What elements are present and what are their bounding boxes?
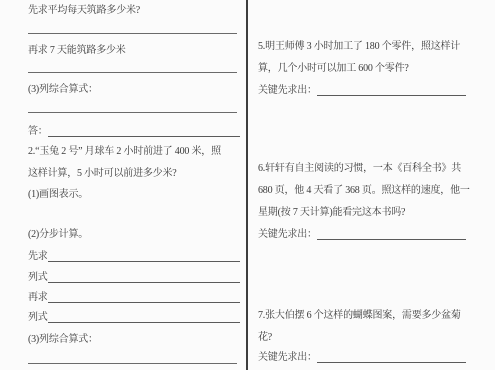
fill-blank xyxy=(48,271,240,283)
answer-rule xyxy=(28,72,237,73)
fill-row-first: 先求 xyxy=(28,250,240,262)
question-6: 6.轩轩有自主阅读的习惯，一本《百科全书》共 680 页，他 4 天看了 368… xyxy=(258,158,473,224)
fill-blank xyxy=(48,291,240,303)
answer-blank-row: 答： xyxy=(28,126,240,137)
question-6-line: 星期(按 7 天计算)能看完这本书吗? xyxy=(258,202,473,224)
question-2-line: 这样计算，5 小时可以前进多少米? xyxy=(28,163,246,185)
fill-row-formula: 列式 xyxy=(28,311,240,323)
fill-label: 再求 xyxy=(28,292,48,303)
key-prompt-label: 关键先求出： xyxy=(258,229,317,240)
question-2-line: 2.“玉兔 2 号” 月球车 2 小时前进了 400 米，照 xyxy=(28,141,246,163)
question-2-part2: (2)分步计算。 xyxy=(28,229,88,241)
question-2-part3: (3)列综合算式： xyxy=(28,334,98,346)
answer-blank xyxy=(48,125,240,137)
key-prompt-row: 关键先求出： xyxy=(258,85,466,96)
key-prompt-row: 关键先求出： xyxy=(258,352,466,363)
fill-row-formula: 列式 xyxy=(28,271,240,283)
fill-blank xyxy=(48,250,240,262)
key-prompt-row: 关键先求出： xyxy=(258,229,466,240)
question-7-line: 花? xyxy=(258,327,473,349)
question-7-line: 7.张大伯摆 6 个这样的蝴蝶图案，需要多少盆菊 xyxy=(258,305,473,327)
answer-rule xyxy=(28,112,237,113)
fill-blank xyxy=(48,311,240,323)
step-then-prompt: 再求 7 天能筑路多少米 xyxy=(28,45,126,57)
step-first-prompt: 先求平均每天筑路多少米? xyxy=(28,5,140,17)
key-prompt-label: 关键先求出： xyxy=(258,85,317,96)
key-prompt-label: 关键先求出： xyxy=(258,352,317,363)
combined-expression-label: (3)列综合算式： xyxy=(28,84,98,96)
question-5-line: 5.明王师傅 3 小时加工了 180 个零件，照这样计 xyxy=(258,36,473,58)
question-6-line: 6.轩轩有自主阅读的习惯，一本《百科全书》共 xyxy=(258,158,473,180)
question-7: 7.张大伯摆 6 个这样的蝴蝶图案，需要多少盆菊 花? xyxy=(258,305,473,349)
answer-rule xyxy=(28,363,237,364)
question-2: 2.“玉兔 2 号” 月球车 2 小时前进了 400 米，照 这样计算，5 小时… xyxy=(28,141,246,185)
key-prompt-blank xyxy=(317,351,466,363)
answer-label: 答： xyxy=(28,126,48,137)
worksheet-page: 先求平均每天筑路多少米? 再求 7 天能筑路多少米 (3)列综合算式： 答： 2… xyxy=(0,0,495,370)
question-5-line: 算，几个小时可以加工 600 个零件? xyxy=(258,58,473,80)
question-5: 5.明王师傅 3 小时加工了 180 个零件，照这样计 算，几个小时可以加工 6… xyxy=(258,36,473,80)
column-divider xyxy=(246,0,248,370)
fill-row-then: 再求 xyxy=(28,291,240,303)
answer-rule xyxy=(28,33,237,34)
fill-label: 列式 xyxy=(28,272,48,283)
question-2-part1: (1)画图表示。 xyxy=(28,189,88,201)
key-prompt-blank xyxy=(317,228,466,240)
question-6-line: 680 页，他 4 天看了 368 页。照这样的速度，他一 xyxy=(258,180,473,202)
fill-label: 列式 xyxy=(28,312,48,323)
fill-label: 先求 xyxy=(28,251,48,262)
key-prompt-blank xyxy=(317,84,466,96)
